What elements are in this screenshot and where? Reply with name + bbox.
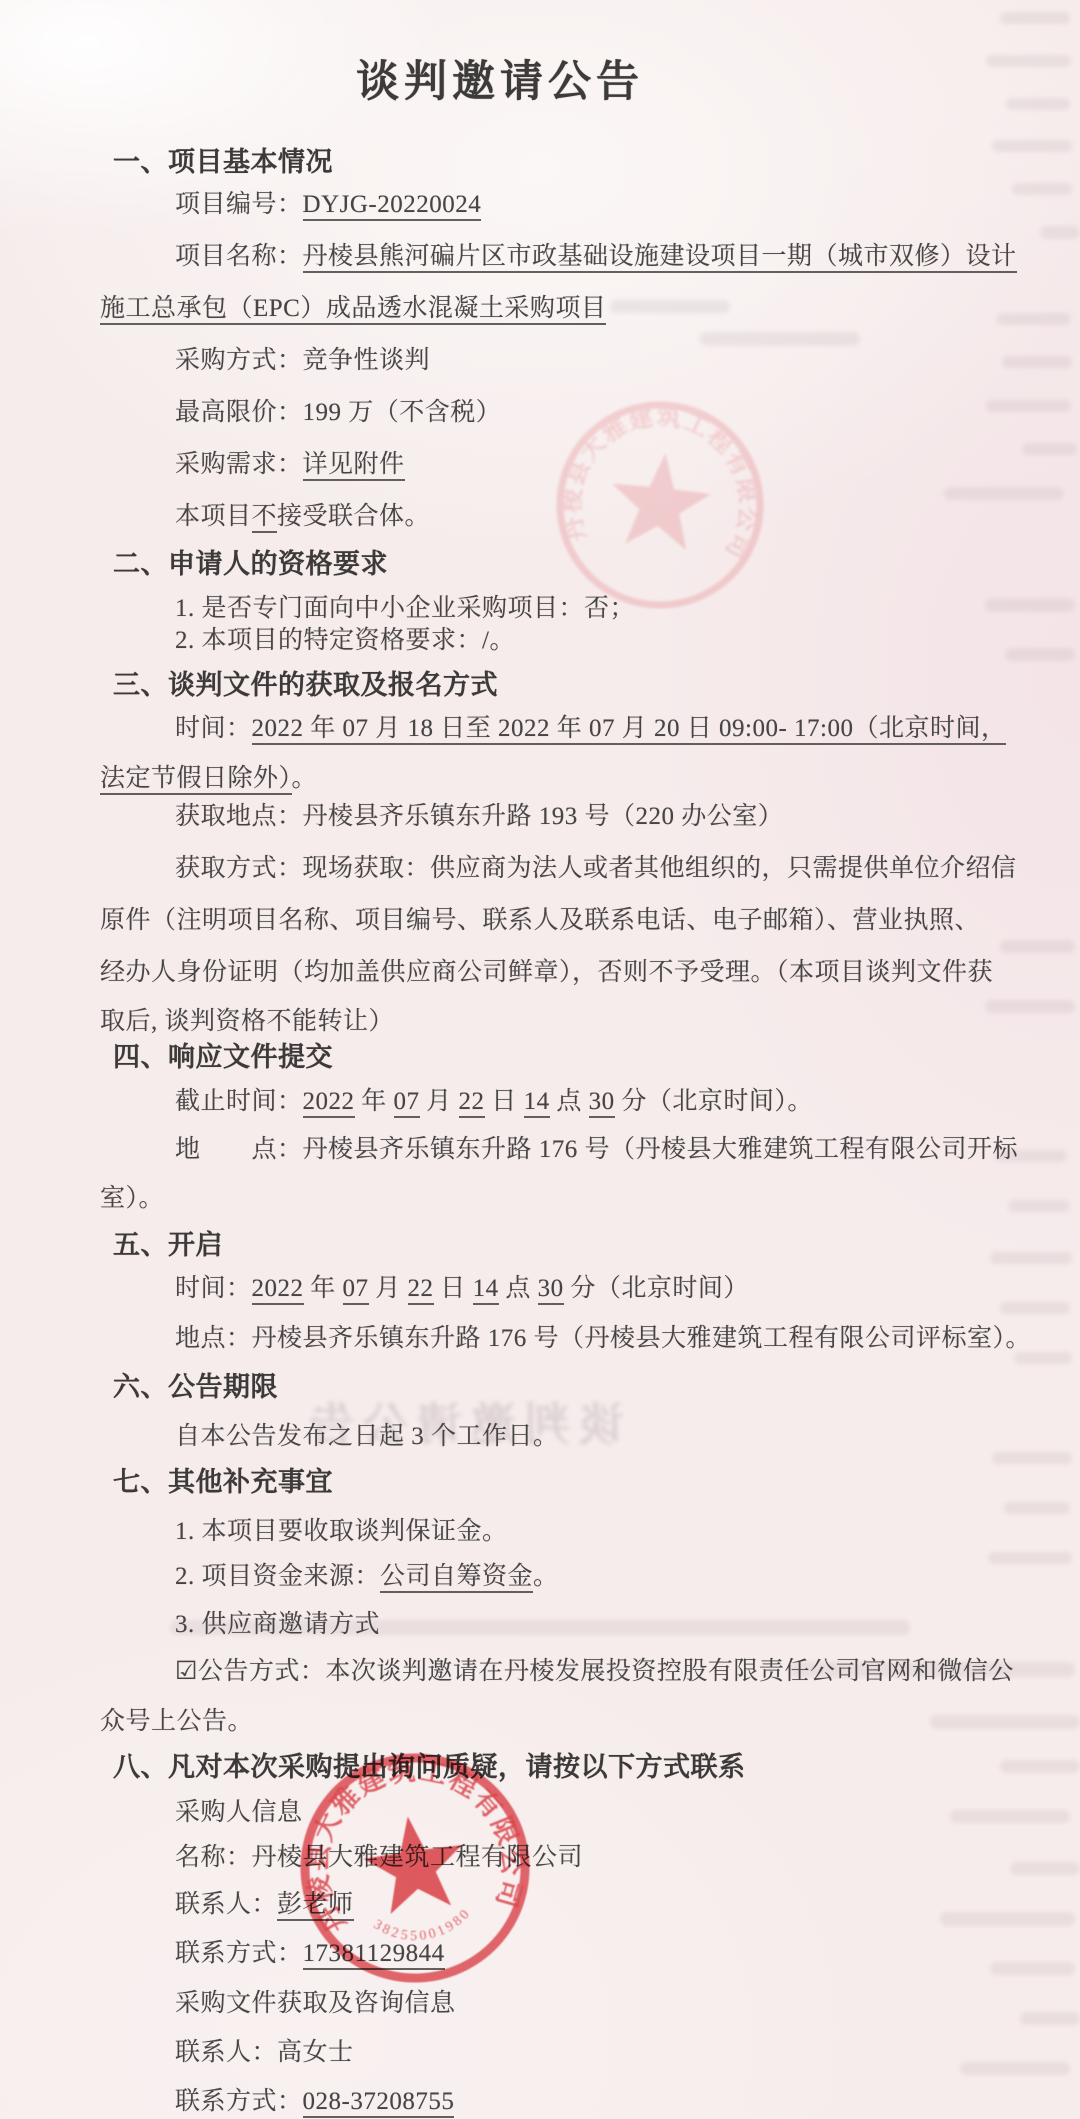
bleedthrough-smudge	[1005, 648, 1075, 661]
bleedthrough-smudge	[1006, 98, 1070, 110]
section-heading: 二、申请人的资格要求	[113, 547, 388, 581]
section-heading: 六、公告期限	[113, 1370, 278, 1404]
doc-line: 获取地点：丹棱县齐乐镇东升路 193 号（220 办公室）	[175, 800, 783, 834]
bleedthrough-smudge	[1002, 356, 1072, 368]
star-icon	[606, 448, 714, 552]
bleedthrough-smudge	[996, 313, 1071, 325]
doc-line: 2. 项目资金来源：公司自筹资金。	[175, 1560, 559, 1594]
doc-line: 2. 本项目的特定资格要求：/。	[175, 624, 515, 658]
doc-line: 1. 本项目要收取谈判保证金。	[175, 1515, 508, 1549]
document-title: 谈判邀请公告	[0, 48, 1000, 109]
bleedthrough-smudge	[990, 1962, 1075, 1975]
bleedthrough-smudge	[985, 598, 1075, 612]
bleedthrough-smudge	[950, 1810, 1070, 1823]
official-seal-icon: 丹棱县大雅建筑工程有限公司 38255001980	[246, 1699, 585, 2038]
bleedthrough-smudge	[985, 1000, 1075, 1013]
doc-line: 室）。	[100, 1182, 164, 1216]
bleedthrough-smudge	[986, 55, 1071, 67]
doc-line: ☑公告方式：本次谈判邀请在丹棱发展投资控股有限责任公司官网和微信公	[175, 1655, 1014, 1689]
bleedthrough-smudge	[1004, 1502, 1070, 1514]
doc-line: 时间：2022 年 07 月 22 日 14 点 30 分（北京时间）	[175, 1272, 749, 1306]
doc-line: 地点：丹棱县齐乐镇东升路 176 号（丹棱县大雅建筑工程有限公司评标室）。	[175, 1322, 1031, 1356]
bleedthrough-smudge	[944, 487, 1064, 500]
seal-code-arc-text: 38255001980	[369, 1904, 478, 1951]
bleedthrough-smudge	[992, 140, 1072, 152]
doc-line: 获取方式：现场获取：供应商为法人或者其他组织的，只需提供单位介绍信	[175, 852, 1017, 886]
doc-line: 联系方式：028-37208755	[175, 2085, 454, 2119]
bleedthrough-smudge	[1000, 12, 1070, 24]
doc-line: 最高限价：199 万（不含税）	[175, 396, 501, 430]
bleedthrough-smudge	[1010, 1862, 1080, 1875]
bleedthrough-smudge	[610, 300, 730, 313]
doc-line: 时间：2022 年 07 月 18 日至 2022 年 07 月 20 日 09…	[175, 712, 1006, 746]
doc-line: 自本公告发布之日起 3 个工作日。	[175, 1420, 559, 1454]
doc-line: 联系人：高女士	[175, 2036, 354, 2070]
doc-line: 众号上公告。	[100, 1705, 253, 1739]
bleedthrough-smudge	[1012, 183, 1072, 195]
doc-line: 法定节假日除外）。	[100, 762, 317, 796]
bleedthrough-smudge	[1000, 1302, 1070, 1314]
doc-line: 取后, 谈判资格不能转让）	[100, 1005, 394, 1039]
bleedthrough-smudge	[1000, 940, 1075, 953]
bleedthrough-smudge	[1040, 226, 1080, 239]
bleedthrough-smudge	[986, 400, 1071, 412]
doc-line: 项目编号：DYJG-20220024	[175, 188, 481, 222]
bleedthrough-smudge	[988, 1552, 1072, 1564]
scanned-document-page: 谈判邀请公告 谈判邀请公告 一、项目基本情况项目编号：DYJG-20220024…	[0, 0, 1080, 2119]
section-heading: 三、谈判文件的获取及报名方式	[113, 668, 498, 702]
bleedthrough-smudge	[1000, 1760, 1080, 1773]
doc-line: 地 点：丹棱县齐乐镇东升路 176 号（丹棱县大雅建筑工程有限公司开标	[175, 1133, 1018, 1167]
bleedthrough-smudge	[930, 1715, 1080, 1729]
doc-line: 经办人身份证明（均加盖供应商公司鲜章），否则不予受理。（本项目谈判文件获	[100, 956, 993, 990]
bleedthrough-smudge	[940, 1912, 1075, 1926]
bleedthrough-smudge	[700, 332, 860, 346]
bleedthrough-smudge	[992, 1452, 1072, 1464]
section-heading: 五、开启	[113, 1228, 223, 1262]
doc-line: 采购方式：竞争性谈判	[175, 344, 430, 378]
bleedthrough-smudge	[990, 1252, 1072, 1264]
doc-line: 施工总承包（EPC）成品透水混凝土采购项目	[100, 292, 606, 326]
star-icon	[359, 1810, 470, 1917]
bleedthrough-smudge	[1022, 443, 1077, 455]
doc-line: 采购需求：详见附件	[175, 448, 405, 482]
section-heading: 七、其他补充事宜	[113, 1465, 333, 1499]
bleedthrough-smudge	[960, 2062, 1070, 2075]
doc-line: 项目名称：丹棱县熊河碥片区市政基础设施建设项目一期（城市双修）设计	[175, 240, 1017, 274]
bleedthrough-smudge	[1008, 1200, 1070, 1212]
section-heading: 一、项目基本情况	[113, 145, 333, 179]
bleedthrough-smudge	[1020, 2012, 1080, 2025]
official-seal-faint-icon: 丹棱县大雅建筑工程有限公司	[517, 362, 803, 648]
doc-line: 本项目不接受联合体。	[175, 500, 430, 534]
section-heading: 四、响应文件提交	[113, 1040, 333, 1074]
doc-line: 原件（注明项目名称、项目编号、联系人及联系电话、电子邮箱）、营业执照、	[100, 904, 980, 938]
doc-line: 3. 供应商邀请方式	[175, 1608, 380, 1642]
doc-line: 截止时间：2022 年 07 月 22 日 14 点 30 分（北京时间）。	[175, 1085, 813, 1119]
